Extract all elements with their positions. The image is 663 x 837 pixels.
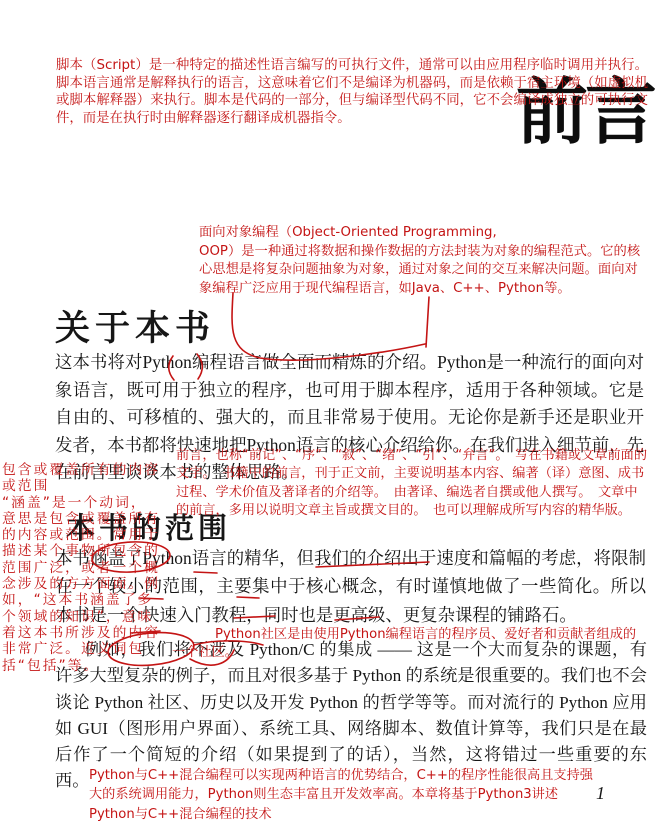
oop-definition-annotation: 面向对象编程（Object-Oriented Programming, OOP）… — [199, 224, 651, 298]
hangai-definition-annotation: 包含或覆盖所有的内容或范围 “涵盖”是一个动词，意思是包含或覆盖所有的内容或范围… — [2, 462, 160, 674]
heading-swoosh-tick — [426, 297, 429, 347]
python-community-annotation: Python社区是由使用Python编程语言的程序员、爱好者和贡献者组成的一个社… — [172, 626, 646, 661]
about-this-book-heading: 关于本书 — [55, 301, 215, 351]
page-number: 1 — [596, 783, 605, 804]
script-definition-annotation: 脚本（Script）是一种特定的描述性语言编写的可执行文件，通常可以由应用程序临… — [56, 57, 648, 127]
cpp-mixing-annotation: Python与C++混合编程可以实现两种语言的优势结合，C++的程序性能很高且支… — [89, 766, 597, 824]
preface-definition-annotation: 前言，也称“前记”、“序”、“叙”、“绪”、“引”、“弁言”。 写在书籍或文章前… — [176, 447, 650, 520]
scanned-book-page: 前言 脚本（Script）是一种特定的描述性语言编写的可执行文件，通常可以由应用… — [0, 0, 663, 837]
